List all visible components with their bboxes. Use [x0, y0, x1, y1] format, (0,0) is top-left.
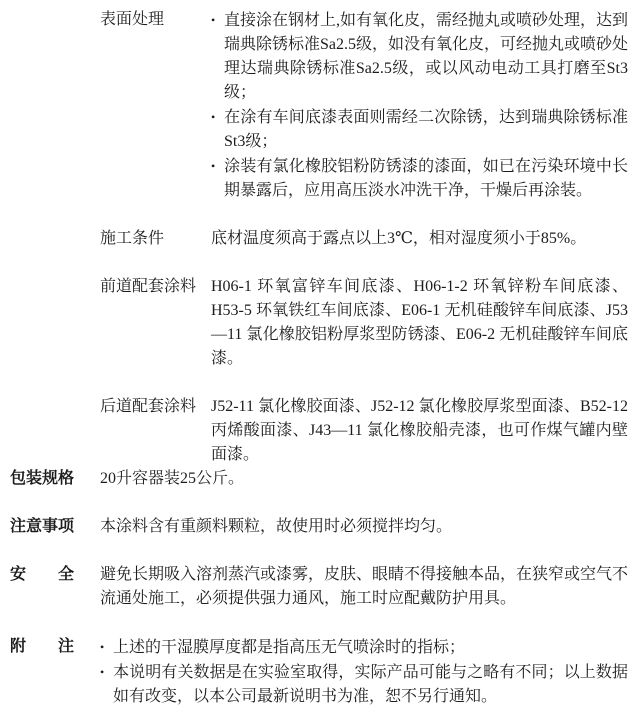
paragraph-text: 本说明有关数据是在实验室取得，实际产品可能与之略有不同；以上数据如有改变，以本公… — [113, 664, 628, 705]
section-content-preceding-compatible-coatings: H06-1 环氧富锌车间底漆、H06-1-2 环氧锌粉车间底漆、H53-5 环氧… — [211, 275, 628, 371]
paragraph-text: H06-1 环氧富锌车间底漆、H06-1-2 环氧锌粉车间底漆、H53-5 环氧… — [211, 278, 628, 367]
document-page: 表面处理•直接涂在钢材上,如有氧化皮，需经抛丸或喷砂处理，达到瑞典除锈标准Sa2… — [0, 0, 636, 728]
section-subsequent-compatible-coatings: 后道配套涂料J52-11 氯化橡胶面漆、J52-12 氯化橡胶厚浆型面漆、B52… — [0, 395, 636, 467]
paragraph-text: 避免长期吸入溶剂蒸汽或漆雾，皮肤、眼睛不得接触本品，在狭窄或空气不流通处施工，必… — [100, 566, 628, 607]
section-content-precautions: 本涂料含有重颜料颗粒，故使用时必须搅拌均匀。 — [100, 515, 628, 539]
paragraph-text: 20升容器装25公斤。 — [100, 470, 244, 487]
section-content-notes: •上述的干湿膜厚度都是指高压无气喷涂时的指标；•本说明有关数据是在实验室取得，实… — [100, 635, 628, 709]
section-content-application-conditions: 底材温度须高于露点以上3℃，相对湿度须小于85%。 — [211, 227, 628, 251]
paragraph-text: 涂装有氯化橡胶铝粉防锈漆的漆面，如已在污染环境中长期暴露后，应用高压淡水冲洗干净… — [224, 158, 628, 199]
section-label-notes: 附注 — [10, 635, 74, 659]
section-content-packaging-spec: 20升容器装25公斤。 — [100, 467, 628, 491]
spec-sections-top: 表面处理•直接涂在钢材上,如有氧化皮，需经抛丸或喷砂处理，达到瑞典除锈标准Sa2… — [0, 8, 636, 467]
bullet-item: •涂装有氯化橡胶铝粉防锈漆的漆面，如已在污染环境中长期暴露后，应用高压淡水冲洗干… — [211, 154, 628, 203]
bullet-icon: • — [211, 154, 224, 178]
paragraph-text: 上述的干湿膜厚度都是指高压无气喷涂时的指标； — [113, 639, 465, 656]
info-sections-bottom: 包装规格20升容器装25公斤。注意事项本涂料含有重颜料颗粒，故使用时必须搅拌均匀… — [0, 467, 636, 709]
section-label-subsequent-compatible-coatings: 后道配套涂料 — [100, 395, 196, 419]
paragraph: J52-11 氯化橡胶面漆、J52-12 氯化橡胶厚浆型面漆、B52-12 丙烯… — [211, 395, 628, 467]
paragraph-text: 在涂有车间底漆表面则需经二次除锈，达到瑞典除锈标准St3级； — [224, 109, 628, 150]
section-surface-treatment: 表面处理•直接涂在钢材上,如有氧化皮，需经抛丸或喷砂处理，达到瑞典除锈标准Sa2… — [0, 8, 636, 203]
paragraph-text: 直接涂在钢材上,如有氧化皮，需经抛丸或喷砂处理，达到瑞典除锈标准Sa2.5级，如… — [224, 12, 628, 101]
paragraph-text: 本涂料含有重颜料颗粒，故使用时必须搅拌均匀。 — [100, 518, 452, 535]
paragraph: 本涂料含有重颜料颗粒，故使用时必须搅拌均匀。 — [100, 515, 628, 539]
paragraph: 20升容器装25公斤。 — [100, 467, 628, 491]
section-preceding-compatible-coatings: 前道配套涂料H06-1 环氧富锌车间底漆、H06-1-2 环氧锌粉车间底漆、H5… — [0, 275, 636, 371]
bullet-item: •本说明有关数据是在实验室取得，实际产品可能与之略有不同；以上数据如有改变，以本… — [100, 660, 628, 709]
bullet-icon: • — [100, 660, 113, 684]
paragraph: 避免长期吸入溶剂蒸汽或漆雾，皮肤、眼睛不得接触本品，在狭窄或空气不流通处施工，必… — [100, 563, 628, 611]
paragraph-text: 底材温度须高于露点以上3℃，相对湿度须小于85%。 — [211, 230, 586, 247]
paragraph: H06-1 环氧富锌车间底漆、H06-1-2 环氧锌粉车间底漆、H53-5 环氧… — [211, 275, 628, 371]
section-label-application-conditions: 施工条件 — [100, 227, 196, 251]
section-content-subsequent-compatible-coatings: J52-11 氯化橡胶面漆、J52-12 氯化橡胶厚浆型面漆、B52-12 丙烯… — [211, 395, 628, 467]
section-precautions: 注意事项本涂料含有重颜料颗粒，故使用时必须搅拌均匀。 — [0, 515, 636, 539]
section-label-surface-treatment: 表面处理 — [100, 8, 196, 32]
bullet-icon: • — [100, 635, 113, 659]
paragraph: 底材温度须高于露点以上3℃，相对湿度须小于85%。 — [211, 227, 628, 251]
section-label-packaging-spec: 包装规格 — [10, 467, 74, 491]
bullet-item: •直接涂在钢材上,如有氧化皮，需经抛丸或喷砂处理，达到瑞典除锈标准Sa2.5级，… — [211, 8, 628, 105]
section-label-preceding-compatible-coatings: 前道配套涂料 — [100, 275, 196, 299]
section-content-surface-treatment: •直接涂在钢材上,如有氧化皮，需经抛丸或喷砂处理，达到瑞典除锈标准Sa2.5级，… — [211, 8, 628, 203]
bullet-item: •在涂有车间底漆表面则需经二次除锈，达到瑞典除锈标准St3级； — [211, 105, 628, 154]
section-safety: 安全避免长期吸入溶剂蒸汽或漆雾，皮肤、眼睛不得接触本品，在狭窄或空气不流通处施工… — [0, 563, 636, 611]
section-label-safety: 安全 — [10, 563, 74, 587]
bullet-icon: • — [211, 105, 224, 129]
paragraph-text: J52-11 氯化橡胶面漆、J52-12 氯化橡胶厚浆型面漆、B52-12 丙烯… — [211, 398, 628, 463]
section-notes: 附注•上述的干湿膜厚度都是指高压无气喷涂时的指标；•本说明有关数据是在实验室取得… — [0, 635, 636, 709]
section-application-conditions: 施工条件底材温度须高于露点以上3℃，相对湿度须小于85%。 — [0, 227, 636, 251]
section-packaging-spec: 包装规格20升容器装25公斤。 — [0, 467, 636, 491]
bullet-item: •上述的干湿膜厚度都是指高压无气喷涂时的指标； — [100, 635, 628, 660]
bullet-icon: • — [211, 8, 224, 32]
section-label-precautions: 注意事项 — [10, 515, 74, 539]
section-content-safety: 避免长期吸入溶剂蒸汽或漆雾，皮肤、眼睛不得接触本品，在狭窄或空气不流通处施工，必… — [100, 563, 628, 611]
